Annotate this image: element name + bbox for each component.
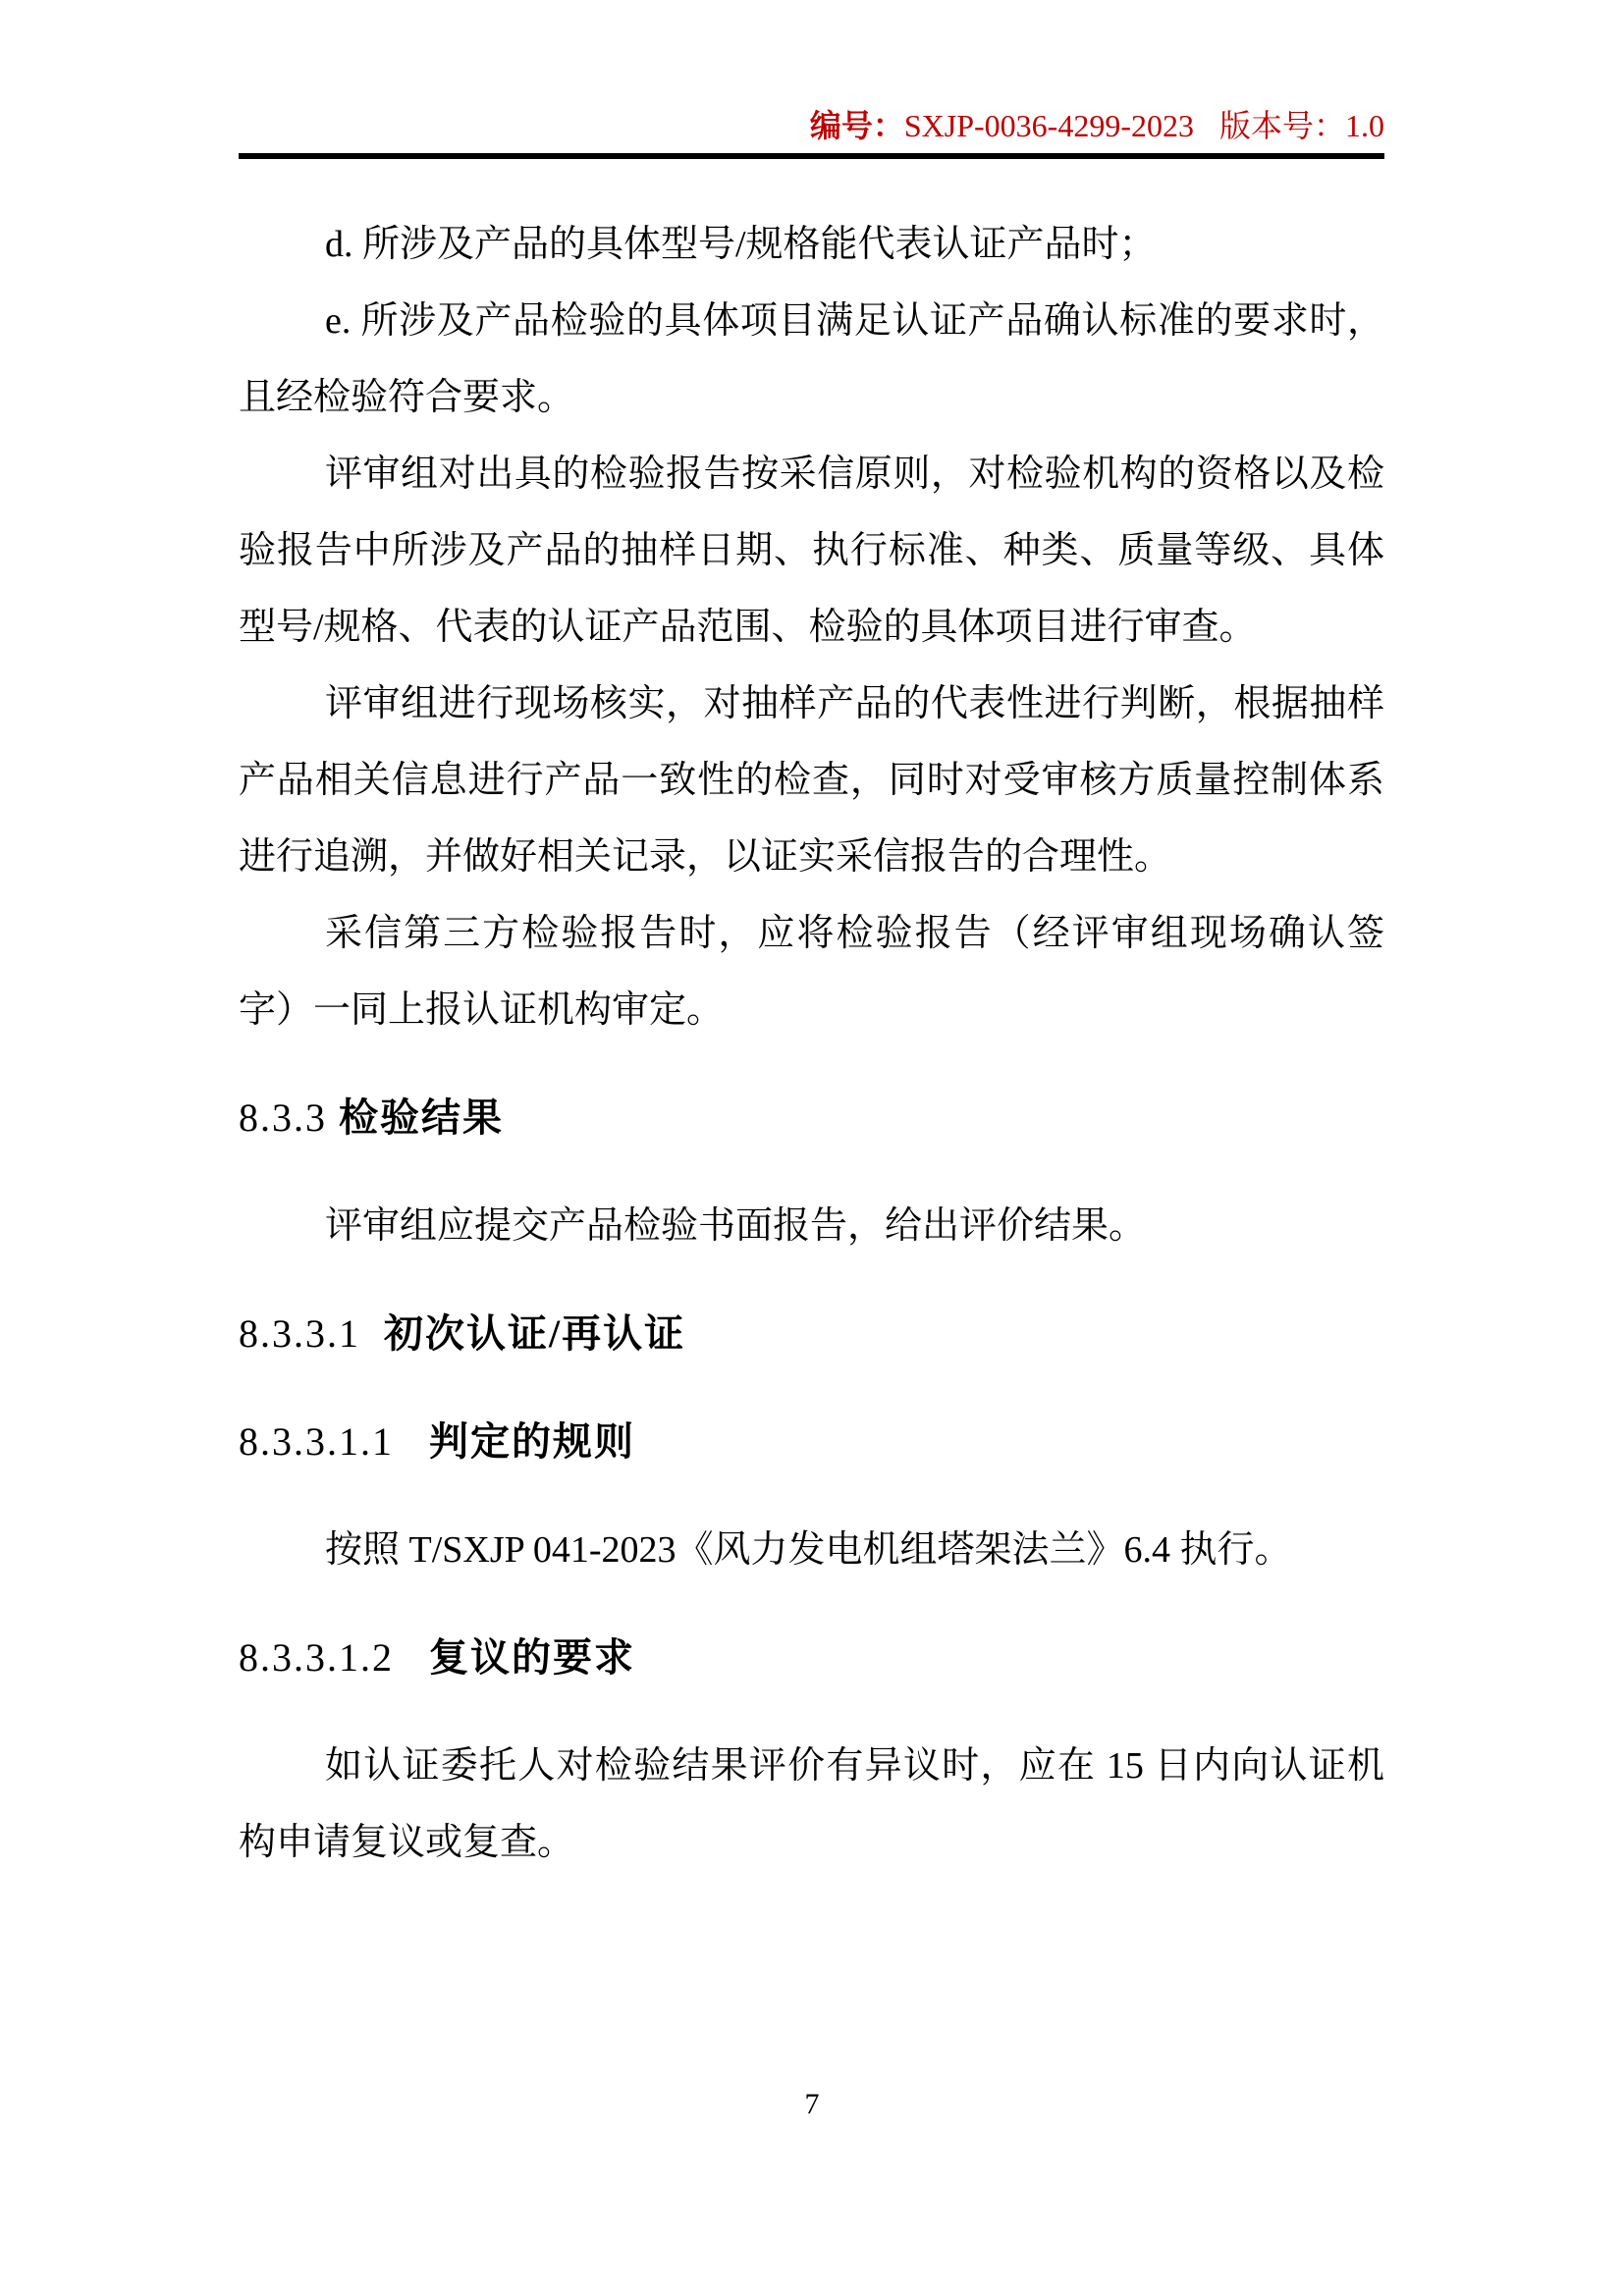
list-item-e: e. 所涉及产品检验的具体项目满足认证产品确认标准的要求时，且经检验符合要求。	[239, 283, 1384, 436]
document-body: d. 所涉及产品的具体型号/规格能代表认证产品时； e. 所涉及产品检验的具体项…	[239, 206, 1384, 1881]
doc-number-value: SXJP-0036-4299-2023	[904, 100, 1194, 151]
section-number: 8.3.3	[239, 1095, 339, 1140]
paragraph-appeal-requirement: 如认证委托人对检验结果评价有异议时，应在 15 日内向认证机构申请复议或复查。	[239, 1728, 1384, 1881]
section-number: 8.3.3.1.2	[239, 1635, 429, 1680]
paragraph-inspection-result: 评审组应提交产品检验书面报告，给出评价结果。	[239, 1188, 1384, 1264]
section-heading-8-3-3-1-2: 8.3.3.1.2 复议的要求	[239, 1620, 1384, 1696]
document-header: 编号：SXJP-0036-4299-2023版本号：1.0	[239, 96, 1384, 151]
section-heading-8-3-3-1-1: 8.3.3.1.1 判定的规则	[239, 1404, 1384, 1480]
section-number: 8.3.3.1	[239, 1311, 384, 1356]
page-number: 7	[0, 2085, 1624, 2124]
section-number: 8.3.3.1.1	[239, 1419, 429, 1464]
section-title: 检验结果	[339, 1095, 504, 1140]
list-item-d: d. 所涉及产品的具体型号/规格能代表认证产品时；	[239, 206, 1384, 283]
paragraph-judgment-rule: 按照 T/SXJP 041-2023《风力发电机组塔架法兰》6.4 执行。	[239, 1512, 1384, 1588]
document-page: 编号：SXJP-0036-4299-2023版本号：1.0 d. 所涉及产品的具…	[0, 0, 1624, 2296]
paragraph-site-verification: 评审组进行现场核实，对抽样产品的代表性进行判断，根据抽样产品相关信息进行产品一致…	[239, 666, 1384, 895]
section-heading-8-3-3: 8.3.3 检验结果	[239, 1080, 1384, 1156]
section-heading-8-3-3-1: 8.3.3.1 初次认证/再认证	[239, 1296, 1384, 1372]
doc-version: 版本号：1.0	[1219, 100, 1384, 151]
section-title: 判定的规则	[429, 1419, 635, 1464]
section-title: 复议的要求	[429, 1635, 635, 1680]
section-title: 初次认证/再认证	[384, 1311, 685, 1356]
paragraph-report-review: 评审组对出具的检验报告按采信原则，对检验机构的资格以及检验报告中所涉及产品的抽样…	[239, 436, 1384, 666]
header-divider	[239, 153, 1384, 159]
doc-number-label: 编号：	[810, 100, 904, 151]
paragraph-third-party-report: 采信第三方检验报告时，应将检验报告（经评审组现场确认签字）一同上报认证机构审定。	[239, 895, 1384, 1048]
